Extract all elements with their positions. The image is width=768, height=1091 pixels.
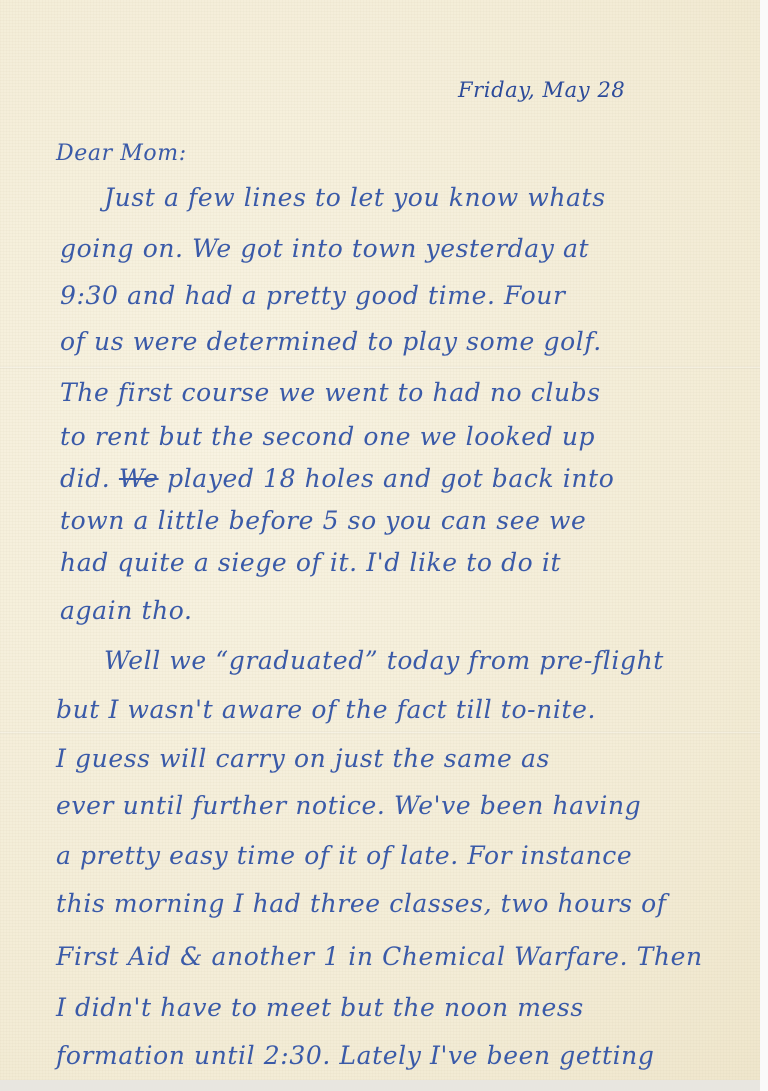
- letter-line-18: I didn't have to meet but the noon mess: [56, 995, 584, 1020]
- letter-line-14: ever until further notice. We've been ha…: [56, 793, 641, 818]
- letter-line-12: but I wasn't aware of the fact till to-n…: [56, 697, 596, 722]
- letter-line-17: First Aid & another 1 in Chemical Warfar…: [56, 944, 703, 969]
- letter-line-13: I guess will carry on just the same as: [56, 746, 550, 771]
- letter-line-7-end: played 18 holes and got back into: [167, 464, 614, 493]
- letter-line-2: going on. We got into town yesterday at: [60, 236, 589, 261]
- letter-line-11: Well we “graduated” today from pre-fligh…: [104, 648, 664, 673]
- letter-line-4: of us were determined to play some golf.: [60, 329, 602, 354]
- letter-line-7: did. We played 18 holes and got back int…: [60, 466, 614, 491]
- letter-line-3: 9:30 and had a pretty good time. Four: [60, 283, 566, 308]
- struck-word: We: [119, 464, 159, 493]
- scan-margin-right: [760, 0, 768, 1091]
- fold-line-upper: [0, 366, 760, 369]
- letter-line-19: formation until 2:30. Lately I've been g…: [56, 1043, 655, 1068]
- letter-line-8: town a little before 5 so you can see we: [60, 508, 586, 533]
- letter-line-9: had quite a siege of it. I'd like to do …: [60, 550, 561, 575]
- letter-page: Friday, May 28 Dear Mom: Just a few line…: [0, 0, 760, 1080]
- scan-margin-bottom: [0, 1080, 760, 1091]
- letter-line-16: this morning I had three classes, two ho…: [56, 891, 667, 916]
- letter-line-1: Just a few lines to let you know whats: [104, 185, 606, 210]
- letter-line-10: again tho.: [60, 598, 193, 623]
- fold-line-lower: [0, 731, 760, 734]
- letter-line-15: a pretty easy time of it of late. For in…: [56, 843, 632, 868]
- letter-line-5: The first course we went to had no clubs: [60, 380, 601, 405]
- letter-line-7-start: did.: [60, 464, 110, 493]
- letter-line-6: to rent but the second one we looked up: [60, 424, 595, 449]
- letter-date: Friday, May 28: [458, 80, 625, 101]
- letter-salutation: Dear Mom:: [56, 143, 187, 165]
- bleed-through-text: [330, 50, 337, 75]
